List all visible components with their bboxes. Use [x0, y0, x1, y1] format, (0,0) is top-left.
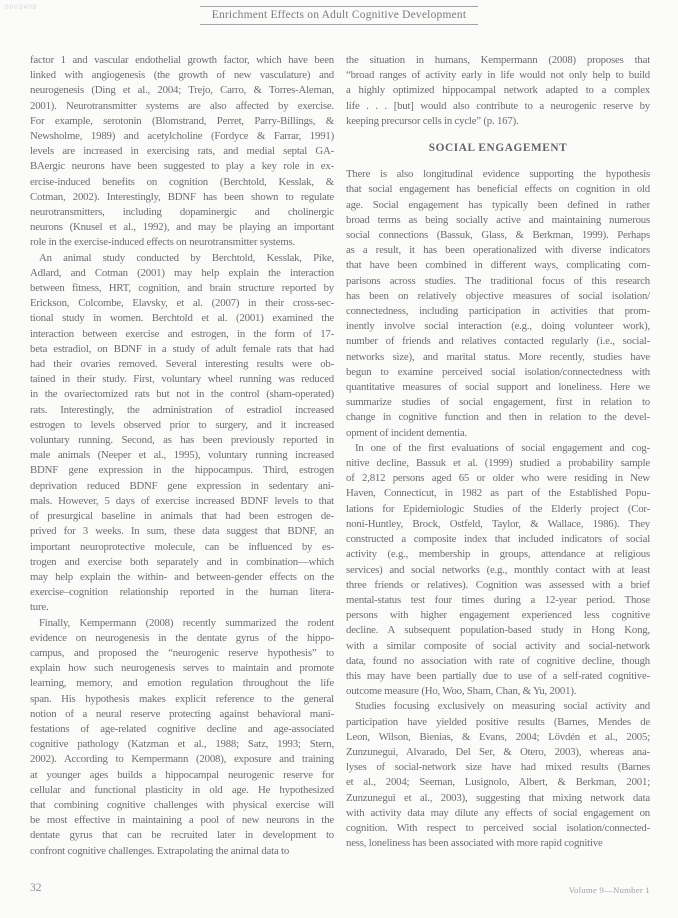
- page-number: 32: [30, 882, 42, 894]
- text-line: factor 1 and vascular endothelial growth…: [30, 53, 334, 68]
- text-line: Finally, Kempermann (2008) recently summ…: [30, 616, 334, 631]
- text-line: ercise-induced benefits on cognition (Be…: [30, 175, 334, 190]
- text-line: notion of a neural reserve protecting ag…: [30, 707, 334, 722]
- text-line: with a similar composite of social activ…: [346, 639, 650, 654]
- text-line: There is also longitudinal evidence supp…: [346, 167, 650, 182]
- text-line: social connections (Bassuk, Glass, & Ber…: [346, 228, 650, 243]
- text-line: may help explain the within- and between…: [30, 570, 334, 585]
- text-line: life . . . [but] would also contribute t…: [346, 99, 650, 114]
- text-line: Haven, Connecticut, in 1982 as part of t…: [346, 486, 650, 501]
- text-line: Cotman, 2002). Interestingly, BDNF has b…: [30, 190, 334, 205]
- text-line: et al., 2004; Seeman, Lusignolo, Albert,…: [346, 775, 650, 790]
- text-line: quantitative measures of social support …: [346, 380, 650, 395]
- text-line: role in the exercise-induced effects on …: [30, 235, 334, 250]
- paragraph: Studies focusing exclusively on measurin…: [346, 699, 650, 851]
- text-line: data, found no association with rate of …: [346, 654, 650, 669]
- text-line: broad terms as being socially active and…: [346, 213, 650, 228]
- text-line: beta estradiol, on BDNF in a study of ad…: [30, 342, 334, 357]
- text-line: Zunzunegui et al., 2003), suggesting tha…: [346, 791, 650, 806]
- text-line: “broad ranges of activity early in life …: [346, 68, 650, 83]
- text-line: cognitive pathology (Katzman et al., 198…: [30, 737, 334, 752]
- text-line: connectedness, including participation i…: [346, 304, 650, 319]
- text-line: summarize studies of social engagement, …: [346, 395, 650, 410]
- text-line: Zunzunegui, Alvarado, Del Ser, & Otero, …: [346, 745, 650, 760]
- text-line: inently involve social interaction (e.g.…: [346, 319, 650, 334]
- text-line: exercise–cognition relationship reported…: [30, 585, 334, 600]
- text-line: Newsholme, 1989) and acetylcholine (Ford…: [30, 129, 334, 144]
- text-line: the situation in humans, Kempermann (200…: [346, 53, 650, 68]
- text-line: that combining cognitive challenges with…: [30, 798, 334, 813]
- running-head-title: Enrichment Effects on Adult Cognitive De…: [200, 6, 479, 25]
- running-head-container: Enrichment Effects on Adult Cognitive De…: [0, 5, 678, 25]
- text-line: In one of the first evaluations of socia…: [346, 441, 650, 456]
- text-line: Studies focusing exclusively on measurin…: [346, 699, 650, 714]
- text-line: ture.: [30, 600, 334, 615]
- paragraph: Finally, Kempermann (2008) recently summ…: [30, 616, 334, 859]
- text-line: confront cognitive challenges. Extrapola…: [30, 844, 334, 859]
- section-heading: SOCIAL ENGAGEMENT: [346, 141, 650, 156]
- text-line: outcome measure (Ho, Woo, Sham, Chan, & …: [346, 684, 650, 699]
- text-line: had their ovaries removed. Several inter…: [30, 357, 334, 372]
- text-line: campus, and proposed the “neurogenic res…: [30, 646, 334, 661]
- text-line: tional study in women. Berchtold et al. …: [30, 311, 334, 326]
- text-line: lations for Epidemiologic Studies of the…: [346, 502, 650, 517]
- text-line: Adlard, and Cotman (2001) may help expla…: [30, 266, 334, 281]
- two-column-body: factor 1 and vascular endothelial growth…: [30, 53, 650, 859]
- text-line: decline. A subsequent population-based s…: [346, 623, 650, 638]
- text-line: between fitness, HRT, cognition, and bra…: [30, 281, 334, 296]
- text-line: noni-Huntley, Brock, Ostfeld, Taylor, & …: [346, 517, 650, 532]
- paragraph: the situation in humans, Kempermann (200…: [346, 53, 650, 129]
- text-line: explain how such neurogenesis serves to …: [30, 661, 334, 676]
- text-line: lyses of social-network size have had mi…: [346, 760, 650, 775]
- text-line: services) and social networks (e.g., mon…: [346, 563, 650, 578]
- text-line: nitive decline, Bassuk et al. (1999) stu…: [346, 456, 650, 471]
- text-line: male animals (Neeper et al., 1995), volu…: [30, 448, 334, 463]
- text-line: age. Social engagement has typically bee…: [346, 198, 650, 213]
- text-line: that have been combined in different way…: [346, 258, 650, 273]
- text-line: number of friends and relatives contacte…: [346, 334, 650, 349]
- text-line: linked with angiogenesis (the growth of …: [30, 68, 334, 83]
- volume-issue-label: Volume 9—Number 1: [569, 885, 650, 895]
- text-line: prived for 3 weeks. In sum, these data s…: [30, 524, 334, 539]
- text-line: important neuroprotective molecule, can …: [30, 540, 334, 555]
- text-line: with activity data may dilute any effect…: [346, 806, 650, 821]
- text-line: change in cognitive function and then in…: [346, 410, 650, 425]
- text-line: opment of incident dementia.: [346, 426, 650, 441]
- left-column: factor 1 and vascular endothelial growth…: [30, 53, 334, 859]
- text-line: of presurgical baseline in animals that …: [30, 509, 334, 524]
- journal-page: 0003408 Enrichment Effects on Adult Cogn…: [0, 0, 678, 918]
- text-line: tained in their study. First, voluntary …: [30, 372, 334, 387]
- text-line: estrogen to levels observed prior to sur…: [30, 418, 334, 433]
- text-line: at younger ages builds a hippocampal neu…: [30, 768, 334, 783]
- text-line: mental-status test four times during a 1…: [346, 593, 650, 608]
- text-line: deprivation reduced BDNF gene expression…: [30, 479, 334, 494]
- text-line: parisons across studies. The traditional…: [346, 274, 650, 289]
- text-line: festations of age-related cognitive decl…: [30, 722, 334, 737]
- text-line: constructed a composite index that inclu…: [346, 532, 650, 547]
- text-line: activity (e.g., membership in groups, at…: [346, 547, 650, 562]
- text-line: learning, memory, and emotion regulation…: [30, 676, 334, 691]
- text-line: persons with higher engagement experienc…: [346, 608, 650, 623]
- text-line: evidence on neurogenesis in the dentate …: [30, 631, 334, 646]
- text-line: three friends or relatives). Cognition w…: [346, 578, 650, 593]
- text-line: neurons (Knusel et al., 1992), and may b…: [30, 220, 334, 235]
- paragraph: There is also longitudinal evidence supp…: [346, 167, 650, 441]
- text-line: networks size), and marital status. More…: [346, 350, 650, 365]
- text-line: 2002). According to Kempermann (2008), e…: [30, 752, 334, 767]
- right-column: the situation in humans, Kempermann (200…: [346, 53, 650, 859]
- text-line: as a result, it has been operationalized…: [346, 243, 650, 258]
- paragraph: In one of the first evaluations of socia…: [346, 441, 650, 699]
- text-line: Erickson, Colcombe, Elavsky, et al. (200…: [30, 296, 334, 311]
- text-line: cognition. With respect to perceived soc…: [346, 821, 650, 836]
- text-line: voluntary running. Second, as has been p…: [30, 433, 334, 448]
- text-line: For example, serotonin (Blomstrand, Perr…: [30, 114, 334, 129]
- text-line: begun to examine perceived social isolat…: [346, 365, 650, 380]
- text-line: An animal study conducted by Berchtold, …: [30, 251, 334, 266]
- text-line: this may have been partially due to use …: [346, 669, 650, 684]
- text-line: span. His hypothesis makes explicit refe…: [30, 692, 334, 707]
- text-line: 2001). Neurotransmitter systems are also…: [30, 99, 334, 114]
- text-line: in the ovariectomized rats but not in th…: [30, 387, 334, 402]
- text-line: be most effective in maintaining a pool …: [30, 813, 334, 828]
- text-line: that social engagement has beneficial ef…: [346, 182, 650, 197]
- text-line: keeping precursor cells in cycle” (p. 16…: [346, 114, 650, 129]
- text-line: BDNF gene expression in the hippocampus.…: [30, 463, 334, 478]
- text-line: trogen and exercise both separately and …: [30, 555, 334, 570]
- text-line: a highly optimized hippocampal network a…: [346, 83, 650, 98]
- text-line: cellular and functional plasticity in ol…: [30, 783, 334, 798]
- text-line: of 2,812 persons aged 65 or older who we…: [346, 471, 650, 486]
- text-line: has been on relatively objective measure…: [346, 289, 650, 304]
- paragraph: An animal study conducted by Berchtold, …: [30, 251, 334, 616]
- text-line: Leon, Wilson, Bienias, & Evans, 2004; Lö…: [346, 730, 650, 745]
- text-line: neurotransmitters, including dopaminergi…: [30, 205, 334, 220]
- text-line: BAergic neurons have been suggested to p…: [30, 159, 334, 174]
- text-line: levels are increased in exercising rats,…: [30, 144, 334, 159]
- paragraph: factor 1 and vascular endothelial growth…: [30, 53, 334, 251]
- text-line: rats. Interestingly, the administration …: [30, 403, 334, 418]
- text-line: neurogenesis (Ding et al., 2004; Trejo, …: [30, 83, 334, 98]
- text-line: interaction between exercise and estroge…: [30, 327, 334, 342]
- text-line: dentate gyrus that can be recruited late…: [30, 828, 334, 843]
- text-line: participation have yielded positive resu…: [346, 715, 650, 730]
- text-line: ness, loneliness has been associated wit…: [346, 836, 650, 851]
- text-line: mals. However, 5 days of exercise increa…: [30, 494, 334, 509]
